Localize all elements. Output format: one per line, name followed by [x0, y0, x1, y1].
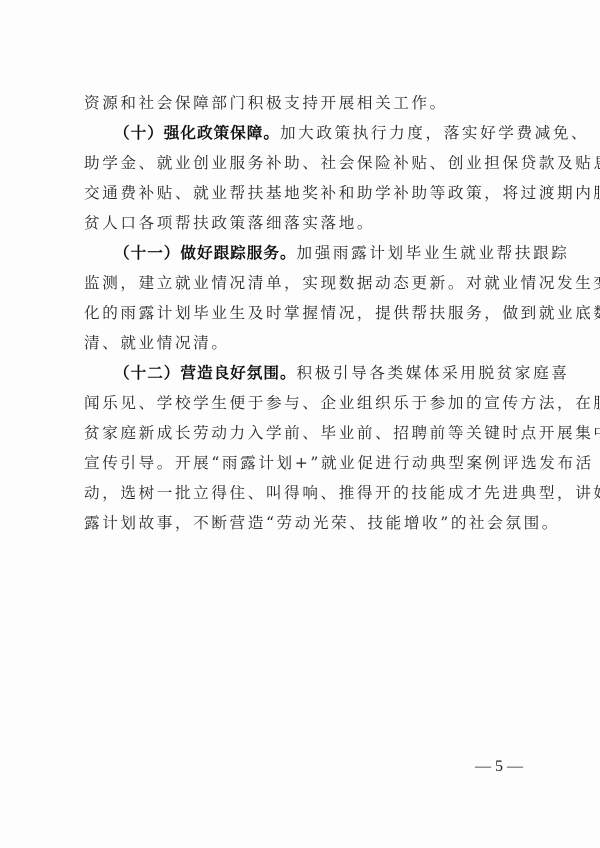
section-11-line: （十一）做好跟踪服务。加强雨露计划毕业生就业帮扶跟踪	[114, 238, 532, 268]
text-line: 露计划故事，不断营造“劳动光荣、技能增收”的社会氛围。	[84, 508, 532, 538]
text-line: 宣传引导。开展“雨露计划+”就业促进行动典型案例评选发布活	[84, 448, 532, 478]
text-line: 助学金、就业创业服务补助、社会保险补贴、创业担保贷款及贴息、	[84, 148, 532, 178]
document-page: 资源和社会保障部门积极支持开展相关工作。 （十）强化政策保障。加大政策执行力度，…	[0, 0, 600, 848]
section-10-line: （十）强化政策保障。加大政策执行力度，落实好学费减免、	[114, 118, 532, 148]
text-line: 交通费补贴、就业帮扶基地奖补和助学补助等政策，将过渡期内脱	[84, 178, 532, 208]
section-heading: （十一）做好跟踪服务。	[114, 244, 297, 262]
text-line: 清、就业情况清。	[84, 328, 532, 358]
text-line: 贫家庭新成长劳动力入学前、毕业前、招聘前等关键时点开展集中	[84, 418, 532, 448]
text-line: 化的雨露计划毕业生及时掌握情况，提供帮扶服务，做到就业底数	[84, 298, 532, 328]
text-line: 监测，建立就业情况清单，实现数据动态更新。对就业情况发生变	[84, 268, 532, 298]
section-12-line: （十二）营造良好氛围。积极引导各类媒体采用脱贫家庭喜	[114, 358, 532, 388]
text-line: 动，选树一批立得住、叫得响、推得开的技能成才先进典型，讲好雨	[84, 478, 532, 508]
section-heading: （十）强化政策保障。	[114, 124, 280, 142]
text-line: 资源和社会保障部门积极支持开展相关工作。	[84, 88, 532, 118]
section-heading: （十二）营造良好氛围。	[114, 364, 297, 382]
text-line: 贫人口各项帮扶政策落细落实落地。	[84, 208, 532, 238]
text-line: 闻乐见、学校学生便于参与、企业组织乐于参加的宣传方法，在脱	[84, 388, 532, 418]
page-number: — 5 —	[464, 758, 534, 776]
